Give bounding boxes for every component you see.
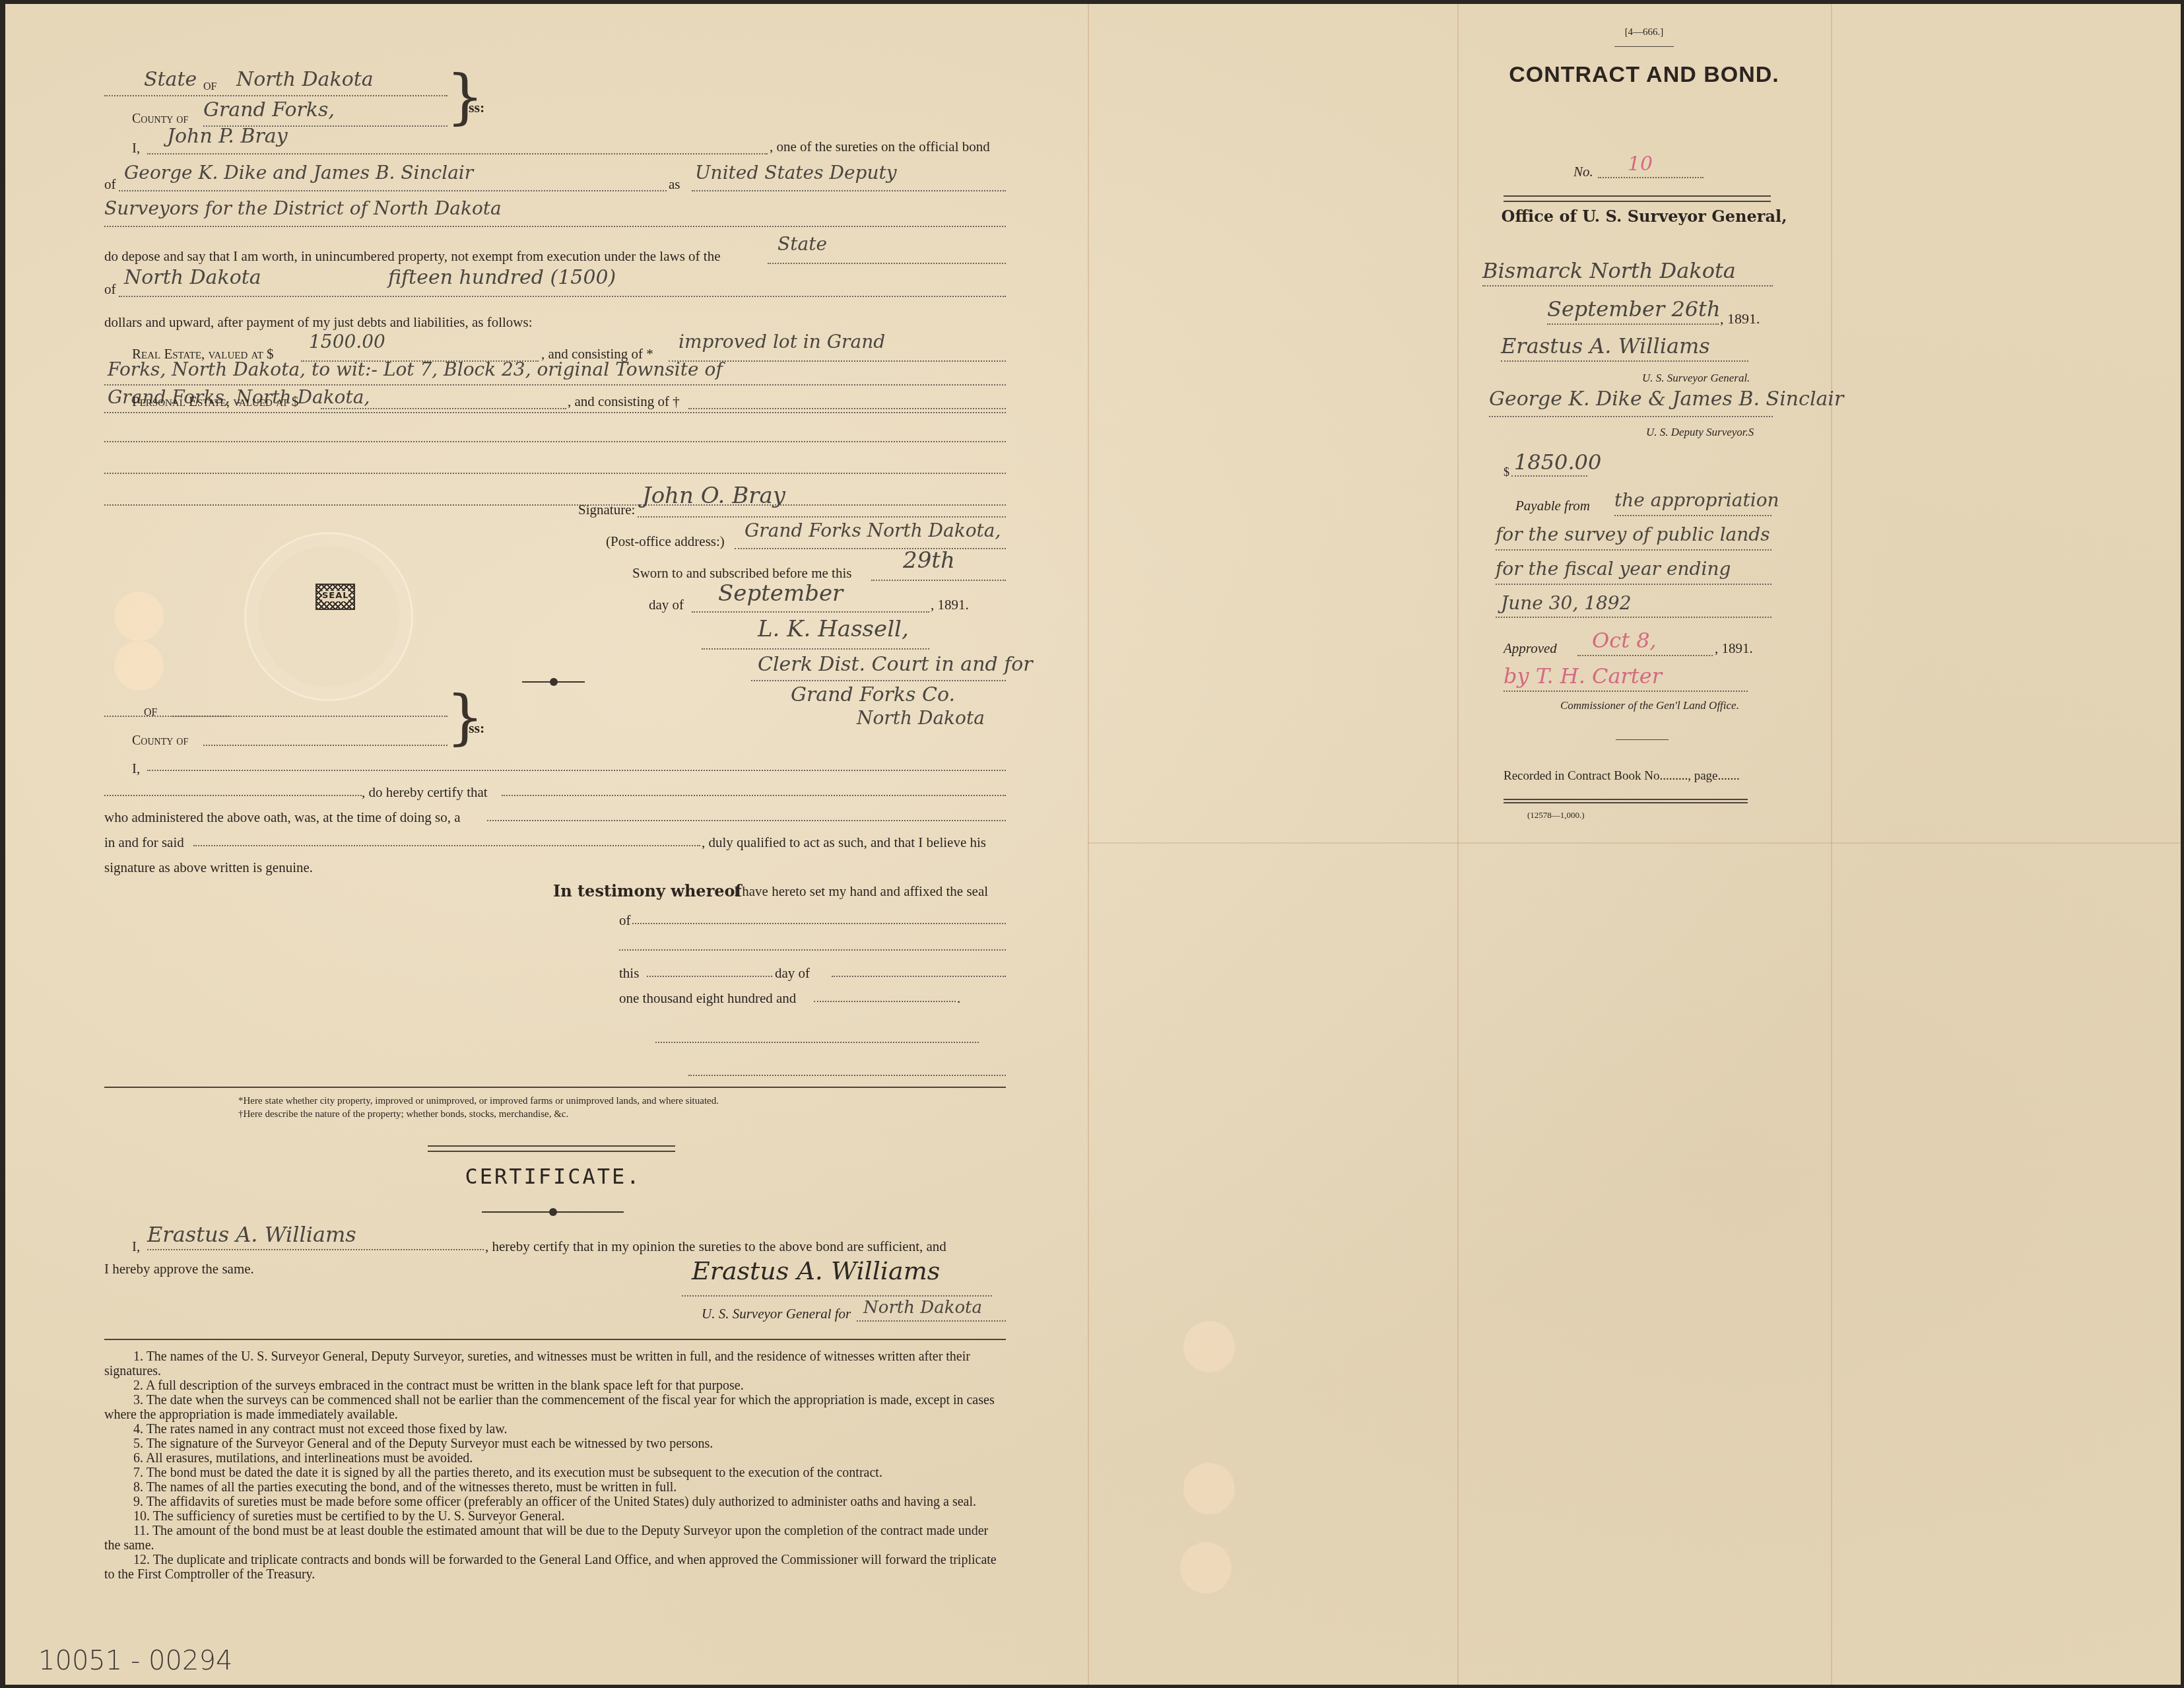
name-blank-line xyxy=(147,770,1006,771)
deputies-line xyxy=(1489,416,1773,417)
footnote-asterisk: *Here state whether city property, impro… xyxy=(238,1095,719,1108)
title-label: U. S. Surveyor General for xyxy=(702,1307,851,1321)
administered-text: who administered the above oath, was, at… xyxy=(104,811,460,825)
contract-number: 10 xyxy=(1628,154,1653,174)
approved-line xyxy=(1577,655,1713,656)
instruction-item: 12. The duplicate and triplicate contrac… xyxy=(104,1553,1006,1582)
title-blank-line xyxy=(104,795,362,796)
this-label: this xyxy=(619,966,639,980)
recorded-text: Recorded in Contract Book No........., p… xyxy=(1504,770,1740,782)
fold-line xyxy=(1088,842,2181,844)
instruction-item: 6. All erasures, mutilations, and interl… xyxy=(104,1451,1006,1466)
officer-signature-line xyxy=(655,1042,979,1043)
signature-line xyxy=(682,1295,992,1297)
amount-value: 1850.00 xyxy=(1514,452,1601,473)
document-sheet: State OF North Dakota County of Grand Fo… xyxy=(5,4,2181,1685)
court-blank-line xyxy=(632,923,1006,924)
amount-line xyxy=(1511,475,1587,477)
of-label: OF xyxy=(144,708,157,718)
deputies-name: George K. Dike & James B. Sinclair xyxy=(1489,389,1843,409)
thousand-end: . xyxy=(957,992,960,1005)
contract-title: CONTRACT AND BOND. xyxy=(1463,62,1826,88)
surveyor-general-name: Erastus A. Williams xyxy=(1501,335,1710,356)
ss-label: ss: xyxy=(469,721,484,735)
title-value: North Dakota xyxy=(863,1299,982,1316)
title-line xyxy=(857,1320,1006,1322)
state-blank-line xyxy=(170,716,447,717)
place-blank-line xyxy=(193,845,700,846)
approve-text: I hereby approve the same. xyxy=(104,1262,254,1276)
in-and-for-text: in and for said xyxy=(104,836,184,850)
genuine-text: signature as above written is genuine. xyxy=(104,861,313,875)
qualified-text: , duly qualified to act as such, and tha… xyxy=(702,836,986,850)
certificate-title: CERTIFICATE. xyxy=(5,1166,1101,1187)
of-label: of xyxy=(619,914,631,928)
i-label: I, xyxy=(132,762,140,776)
instruction-item: 7. The bond must be dated the date it is… xyxy=(104,1466,1006,1480)
office-heading: Office of U. S. Surveyor General, xyxy=(1463,209,1826,224)
seal-wafer xyxy=(1183,1463,1235,1514)
thousand-text: one thousand eight hundred and xyxy=(619,992,796,1005)
county-label: County of xyxy=(132,734,188,747)
county-blank-line xyxy=(203,745,447,746)
commissioner-label: Commissioner of the Gen'l Land Office. xyxy=(1560,700,1739,711)
instruction-item: 10. The sufficiency of sureties must be … xyxy=(104,1509,1006,1524)
footnotes: *Here state whether city property, impro… xyxy=(238,1095,719,1121)
office-blank-line xyxy=(487,820,1006,821)
surveyor-general-label: U. S. Surveyor General. xyxy=(1642,372,1750,384)
payable-rule xyxy=(1496,617,1771,618)
certify-text: , do hereby certify that xyxy=(362,786,488,799)
court-blank-line xyxy=(619,949,1006,951)
instruction-item: 5. The signature of the Surveyor General… xyxy=(104,1436,1006,1451)
form-number: [4—666.] xyxy=(1463,28,1826,38)
brace: } xyxy=(446,688,484,747)
instruction-item: 3. The date when the surveys can be comm… xyxy=(104,1393,1006,1422)
testimony-gothic: In testimony whereof xyxy=(553,883,742,899)
payable-rule xyxy=(1496,549,1771,551)
place: Bismarck North Dakota xyxy=(1482,260,1736,281)
fold-line xyxy=(1088,4,1089,1685)
double-rule xyxy=(428,1145,675,1152)
instructions: 1. The names of the U. S. Surveyor Gener… xyxy=(104,1349,1006,1582)
archive-number: 10051 - 00294 xyxy=(38,1648,232,1674)
place-line xyxy=(1482,285,1773,287)
payable-line2: for the survey of public lands xyxy=(1496,525,1770,544)
payable-line1: the appropriation xyxy=(1614,491,1779,510)
amount-prefix: $ xyxy=(1504,466,1509,478)
date-year: , 1891. xyxy=(1720,312,1760,326)
approved-value: Oct 8, xyxy=(1592,630,1657,651)
section-divider xyxy=(104,1339,1006,1340)
officer-title-line xyxy=(688,1075,1006,1076)
payable-rule xyxy=(1496,584,1771,585)
section-divider xyxy=(104,1087,1006,1088)
no-label: No. xyxy=(1573,165,1593,179)
instruction-item: 1. The names of the U. S. Surveyor Gener… xyxy=(104,1349,1006,1378)
fold-line xyxy=(1457,4,1459,1685)
number-line xyxy=(1598,177,1704,178)
approved-by: by T. H. Carter xyxy=(1504,665,1662,687)
approved-by-line xyxy=(1504,691,1748,692)
payable-line3: for the fiscal year ending xyxy=(1496,560,1731,578)
officer-blank-line xyxy=(502,795,1006,796)
footnote-dagger: †Here describe the nature of the propert… xyxy=(238,1108,719,1121)
date-line xyxy=(1547,323,1719,325)
contract-and-bond-panel: [4—666.] CONTRACT AND BOND. No. 10 Offic… xyxy=(1463,4,1826,842)
double-rule xyxy=(1504,799,1748,803)
ornament-divider xyxy=(482,1207,624,1217)
fold-line xyxy=(1831,4,1832,1685)
payable-rule xyxy=(1614,515,1771,516)
payable-line4: June 30, 1892 xyxy=(1501,594,1631,613)
seal-wafer xyxy=(1180,1542,1232,1594)
instruction-item: 2. A full description of the surveys emb… xyxy=(104,1378,1006,1393)
i-label: I, xyxy=(132,1240,140,1254)
certifier-name: Erastus A. Williams xyxy=(147,1224,356,1245)
instruction-item: 9. The affidavits of sureties must be ma… xyxy=(104,1495,1006,1509)
month-blank-line xyxy=(832,976,1006,977)
print-run: (12578—1,000.) xyxy=(1527,811,1585,819)
short-rule xyxy=(1614,46,1674,47)
contract-date: September 26th xyxy=(1547,298,1721,320)
payable-label: Payable from xyxy=(1515,499,1590,513)
instruction-item: 11. The amount of the bond must be at le… xyxy=(104,1524,1006,1553)
short-rule xyxy=(1616,739,1669,740)
surveyor-general-signature: Erastus A. Williams xyxy=(692,1258,940,1283)
year-blank-line xyxy=(814,1001,956,1002)
official-certificate: OF County of } ss: I, , do hereby certif… xyxy=(5,4,1088,1093)
day-blank-line xyxy=(647,976,772,977)
approved-label: Approved xyxy=(1504,642,1557,656)
instruction-item: 4. The rates named in any contract must … xyxy=(104,1422,1006,1436)
testimony-text: I have hereto set my hand and affixed th… xyxy=(734,885,988,898)
day-of-label: day of xyxy=(775,966,810,980)
seal-wafer xyxy=(1183,1321,1235,1372)
instruction-item: 8. The names of all the parties executin… xyxy=(104,1480,1006,1495)
certify-text: , hereby certify that in my opinion the … xyxy=(485,1240,946,1254)
double-rule xyxy=(1504,195,1771,202)
approved-year: , 1891. xyxy=(1715,642,1753,656)
deputies-label: U. S. Deputy Surveyor.S xyxy=(1646,426,1754,438)
surveyor-general-line xyxy=(1501,360,1748,362)
certifier-line xyxy=(147,1249,484,1250)
